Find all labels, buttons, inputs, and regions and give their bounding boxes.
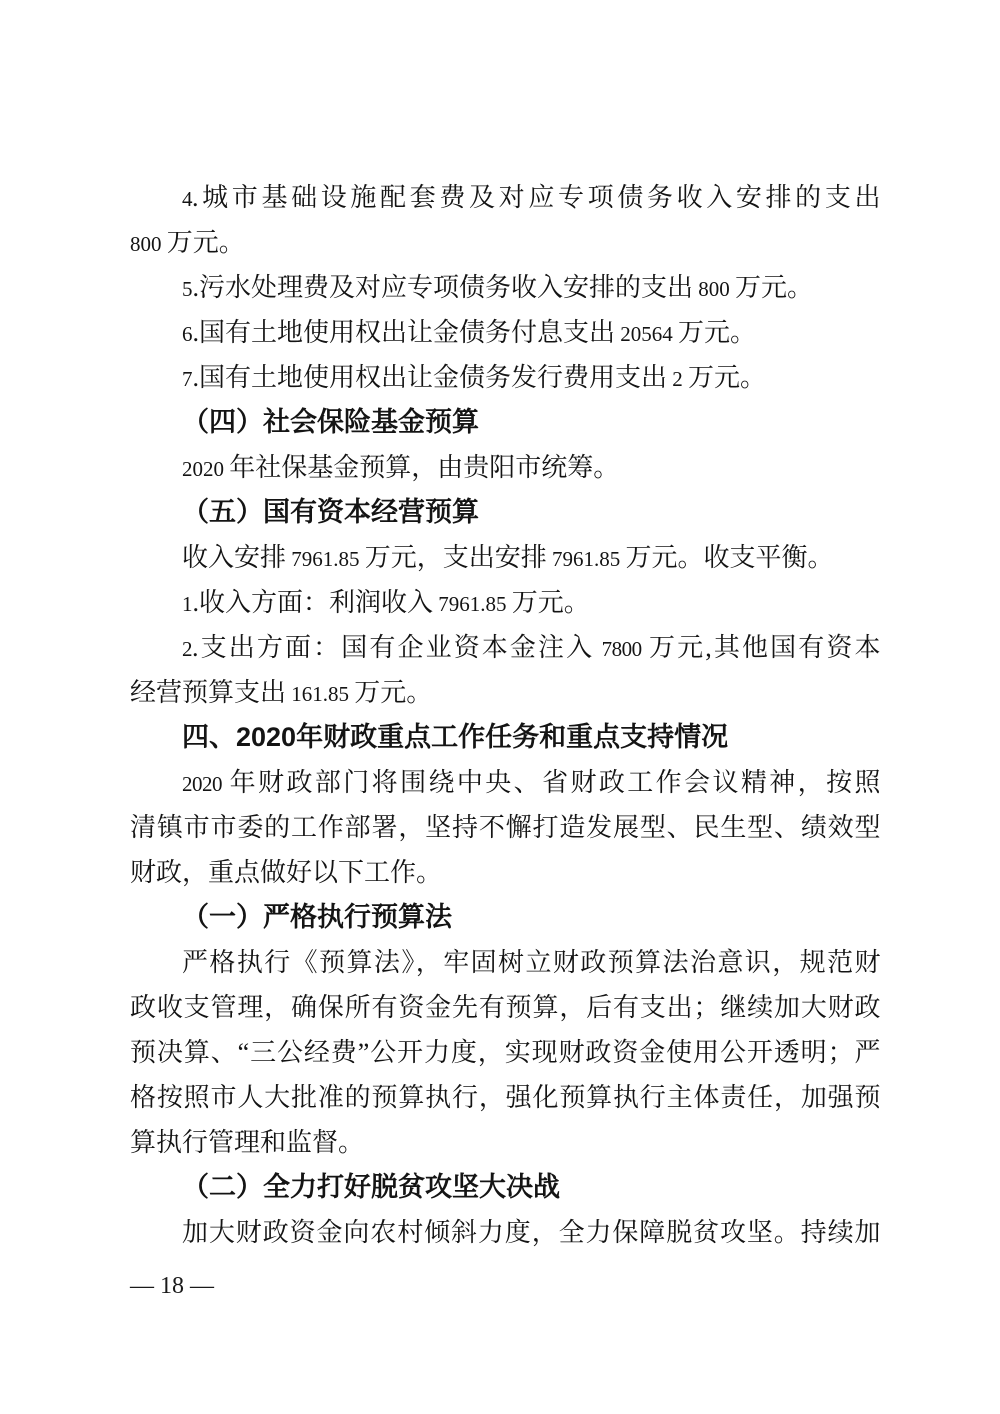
body-line: 5.污水处理费及对应专项债务收入安排的支出 800 万元。 bbox=[130, 265, 880, 310]
body-line: 财政，重点做好以下工作。 bbox=[130, 850, 880, 895]
body-line: 经营预算支出 161.85 万元。 bbox=[130, 670, 880, 715]
heading-section-poverty-alleviation: （二）全力打好脱贫攻坚大决战 bbox=[130, 1165, 880, 1210]
body-line: 7.国有土地使用权出让金债务发行费用支出 2 万元。 bbox=[130, 355, 880, 400]
body-line: 2020 年财政部门将围绕中央、省财政工作会议精神，按照 bbox=[130, 760, 880, 805]
body-line: 2.支出方面：国有企业资本金注入 7800 万元,其他国有资本 bbox=[130, 625, 880, 670]
body-line: 格按照市人大批准的预算执行，强化预算执行主体责任，加强预 bbox=[130, 1075, 880, 1120]
body-line: 2020 年社保基金预算，由贵阳市统筹。 bbox=[130, 445, 880, 490]
body-line: 算执行管理和监督。 bbox=[130, 1120, 880, 1165]
heading-section-state-capital: （五）国有资本经营预算 bbox=[130, 490, 880, 535]
body-line: 4.城市基础设施配套费及对应专项债务收入安排的支出 bbox=[130, 175, 880, 220]
heading-section-budget-law: （一）严格执行预算法 bbox=[130, 895, 880, 940]
body-line: 加大财政资金向农村倾斜力度，全力保障脱贫攻坚。持续加 bbox=[130, 1210, 880, 1255]
body-line: 6.国有土地使用权出让金债务付息支出 20564 万元。 bbox=[130, 310, 880, 355]
body-line: 政收支管理，确保所有资金先有预算，后有支出；继续加大财政 bbox=[130, 985, 880, 1030]
body-line: 严格执行《预算法》，牢固树立财政预算法治意识，规范财 bbox=[130, 940, 880, 985]
document-page: 4.城市基础设施配套费及对应专项债务收入安排的支出 800 万元。 5.污水处理… bbox=[0, 0, 1000, 1414]
heading-section-social-insurance: （四）社会保险基金预算 bbox=[130, 400, 880, 445]
body-line: 预决算、“三公经费”公开力度，实现财政资金使用公开透明；严 bbox=[130, 1030, 880, 1075]
body-line: 收入安排 7961.85 万元，支出安排 7961.85 万元。收支平衡。 bbox=[130, 535, 880, 580]
heading-part-4-key-tasks: 四、2020年财政重点工作任务和重点支持情况 bbox=[130, 715, 880, 760]
body-line: 800 万元。 bbox=[130, 220, 880, 265]
body-line: 1.收入方面：利润收入 7961.85 万元。 bbox=[130, 580, 880, 625]
body-line: 清镇市市委的工作部署，坚持不懈打造发展型、民生型、绩效型 bbox=[130, 805, 880, 850]
text-block: 4.城市基础设施配套费及对应专项债务收入安排的支出 800 万元。 5.污水处理… bbox=[130, 175, 880, 1255]
page-number: — 18 — bbox=[130, 1268, 214, 1304]
